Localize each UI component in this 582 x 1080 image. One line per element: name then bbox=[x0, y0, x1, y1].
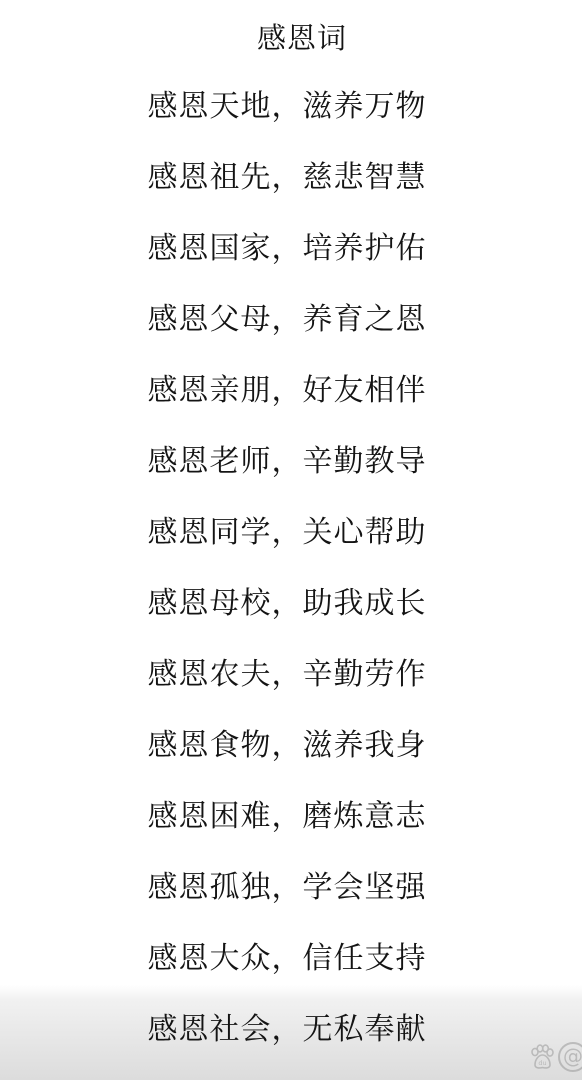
gratitude-line: 感恩同学，关心帮助 bbox=[0, 513, 574, 584]
document-page: 感恩词 感恩天地，滋养万物 感恩祖先，慈悲智慧 感恩国家，培养护佑 感恩父母，养… bbox=[0, 0, 582, 1080]
gratitude-lines: 感恩天地，滋养万物 感恩祖先，慈悲智慧 感恩国家，培养护佑 感恩父母，养育之恩 … bbox=[0, 87, 574, 1080]
baidu-paw-icon: du bbox=[529, 1044, 555, 1070]
page-title: 感恩词 bbox=[0, 18, 582, 58]
gratitude-line: 感恩农夫，辛勤劳作 bbox=[0, 655, 574, 726]
watermark: du @ bbox=[529, 1042, 582, 1072]
gratitude-line: 感恩孤独，学会坚强 bbox=[0, 868, 574, 939]
gratitude-line: 感恩食物，滋养我身 bbox=[0, 726, 574, 797]
gratitude-line: 感恩老师，辛勤教导 bbox=[0, 442, 574, 513]
gratitude-line: 感恩社会，无私奉献 bbox=[0, 1010, 574, 1080]
svg-text:du: du bbox=[538, 1059, 546, 1067]
gratitude-line: 感恩祖先，慈悲智慧 bbox=[0, 158, 574, 229]
gratitude-line: 感恩父母，养育之恩 bbox=[0, 300, 574, 371]
gratitude-line: 感恩亲朋，好友相伴 bbox=[0, 371, 574, 442]
gratitude-line: 感恩大众，信任支持 bbox=[0, 939, 574, 1010]
gratitude-line: 感恩母校，助我成长 bbox=[0, 584, 574, 655]
gratitude-line: 感恩困难，磨炼意志 bbox=[0, 797, 574, 868]
gratitude-line: 感恩天地，滋养万物 bbox=[0, 87, 574, 158]
gratitude-line: 感恩国家，培养护佑 bbox=[0, 229, 574, 300]
at-symbol-icon: @ bbox=[558, 1042, 582, 1072]
